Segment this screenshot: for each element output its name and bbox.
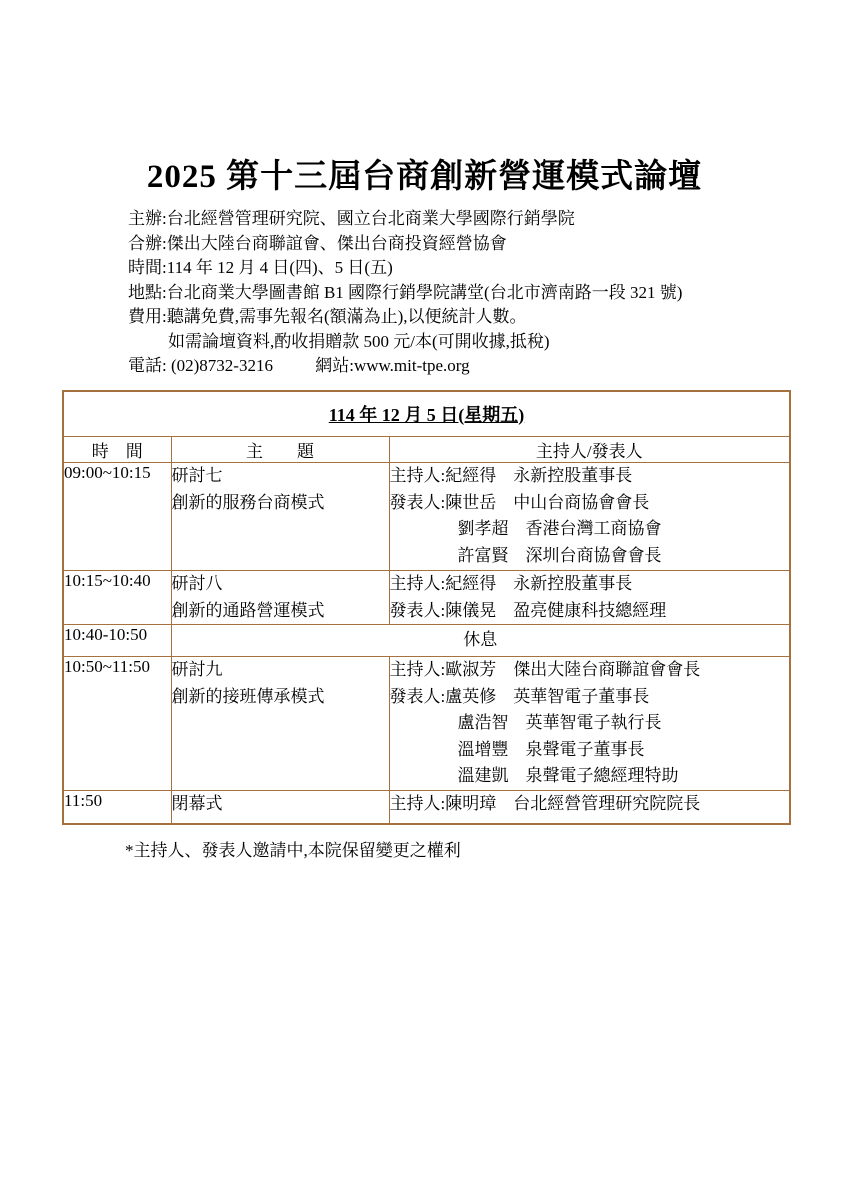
schedule-table: 114 年 12 月 5 日(星期五) 時 間 主 題 主持人/發表人 09:0… [62, 390, 791, 826]
info-line-time: 時間:114 年 12 月 4 日(四)、5 日(五) [128, 256, 798, 281]
break-label: 休息 [171, 625, 790, 657]
people-line: 劉孝超 香港台灣工商協會 [390, 516, 790, 543]
session-1-people: 主持人:紀經得 永新控股董事長 發表人:陳世岳 中山台商協會會長 劉孝超 香港台… [389, 463, 790, 571]
schedule-date-cell: 114 年 12 月 5 日(星期五) [63, 391, 790, 437]
session-1-topic: 研討七 創新的服務台商模式 [171, 463, 389, 571]
document-page: 2025 第十三屆台商創新營運模式論壇 主辦:台北經營管理研究院、國立台北商業大… [0, 0, 849, 1200]
topic-line: 研討七 [172, 463, 389, 490]
footnote: *主持人、發表人邀請中,本院保留變更之權利 [125, 836, 849, 861]
session-4-time: 11:50 [63, 790, 171, 824]
session-4-people: 主持人:陳明璋 台北經營管理研究院院長 [389, 790, 790, 824]
session-2-topic: 研討八 創新的通路營運模式 [171, 571, 389, 625]
break-row: 10:40-10:50 休息 [63, 625, 790, 657]
info-line-contact: 電話: (02)8732-3216 網站:www.mit-tpe.org [128, 354, 798, 379]
people-line: 主持人:歐淑芳 傑出大陸台商聯誼會會長 [390, 657, 790, 684]
event-info-block: 主辦:台北經營管理研究院、國立台北商業大學國際行銷學院 合辦:傑出大陸台商聯誼會… [128, 207, 798, 379]
topic-line: 創新的通路營運模式 [172, 598, 389, 625]
topic-line: 研討九 [172, 657, 389, 684]
people-line: 發表人:陳儀晃 盈亮健康科技總經理 [390, 598, 790, 625]
break-time: 10:40-10:50 [63, 625, 171, 657]
people-line: 溫建凱 泉聲電子總經理特助 [390, 763, 790, 790]
info-line-fee-note: 如需論壇資料,酌收捐贈款 500 元/本(可開收據,抵稅) [128, 330, 798, 355]
session-2-time: 10:15~10:40 [63, 571, 171, 625]
session-row-3: 10:50~11:50 研討九 創新的接班傳承模式 主持人:歐淑芳 傑出大陸台商… [63, 657, 790, 791]
topic-line: 閉幕式 [172, 791, 389, 818]
people-line: 主持人:陳明璋 台北經營管理研究院院長 [390, 791, 790, 818]
session-3-time: 10:50~11:50 [63, 657, 171, 791]
session-row-2: 10:15~10:40 研討八 創新的通路營運模式 主持人:紀經得 永新控股董事… [63, 571, 790, 625]
session-1-time: 09:00~10:15 [63, 463, 171, 571]
session-3-people: 主持人:歐淑芳 傑出大陸台商聯誼會會長 發表人:盧英修 英華智電子董事長 盧浩智… [389, 657, 790, 791]
people-line: 發表人:盧英修 英華智電子董事長 [390, 684, 790, 711]
phone-text: 電話: (02)8732-3216 [128, 356, 273, 375]
col-header-people: 主持人/發表人 [389, 437, 790, 463]
people-line: 主持人:紀經得 永新控股董事長 [390, 463, 790, 490]
schedule-header-row: 時 間 主 題 主持人/發表人 [63, 437, 790, 463]
topic-line: 研討八 [172, 571, 389, 598]
col-header-time: 時 間 [63, 437, 171, 463]
col-header-topic: 主 題 [171, 437, 389, 463]
website-text: 網站:www.mit-tpe.org [315, 356, 469, 375]
people-line: 溫增豐 泉聲電子董事長 [390, 737, 790, 764]
people-line: 主持人:紀經得 永新控股董事長 [390, 571, 790, 598]
info-line-location: 地點:台北商業大學圖書館 B1 國際行銷學院講堂(台北市濟南路一段 321 號) [128, 281, 798, 306]
info-line-coorganizer: 合辦:傑出大陸台商聯誼會、傑出台商投資經營協會 [128, 232, 798, 257]
people-line: 盧浩智 英華智電子執行長 [390, 710, 790, 737]
info-line-fee: 費用:聽講免費,需事先報名(額滿為止),以便統計人數。 [128, 305, 798, 330]
session-3-topic: 研討九 創新的接班傳承模式 [171, 657, 389, 791]
session-row-4: 11:50 閉幕式 主持人:陳明璋 台北經營管理研究院院長 [63, 790, 790, 824]
people-line: 許富賢 深圳台商協會會長 [390, 543, 790, 570]
session-2-people: 主持人:紀經得 永新控股董事長 發表人:陳儀晃 盈亮健康科技總經理 [389, 571, 790, 625]
session-4-topic: 閉幕式 [171, 790, 389, 824]
schedule-date-row: 114 年 12 月 5 日(星期五) [63, 391, 790, 437]
topic-line: 創新的服務台商模式 [172, 490, 389, 517]
info-line-organizer: 主辦:台北經營管理研究院、國立台北商業大學國際行銷學院 [128, 207, 798, 232]
session-row-1: 09:00~10:15 研討七 創新的服務台商模式 主持人:紀經得 永新控股董事… [63, 463, 790, 571]
topic-line: 創新的接班傳承模式 [172, 684, 389, 711]
page-title: 2025 第十三屆台商創新營運模式論壇 [0, 0, 849, 197]
schedule-date-heading: 114 年 12 月 5 日(星期五) [329, 405, 525, 425]
people-line: 發表人:陳世岳 中山台商協會會長 [390, 490, 790, 517]
